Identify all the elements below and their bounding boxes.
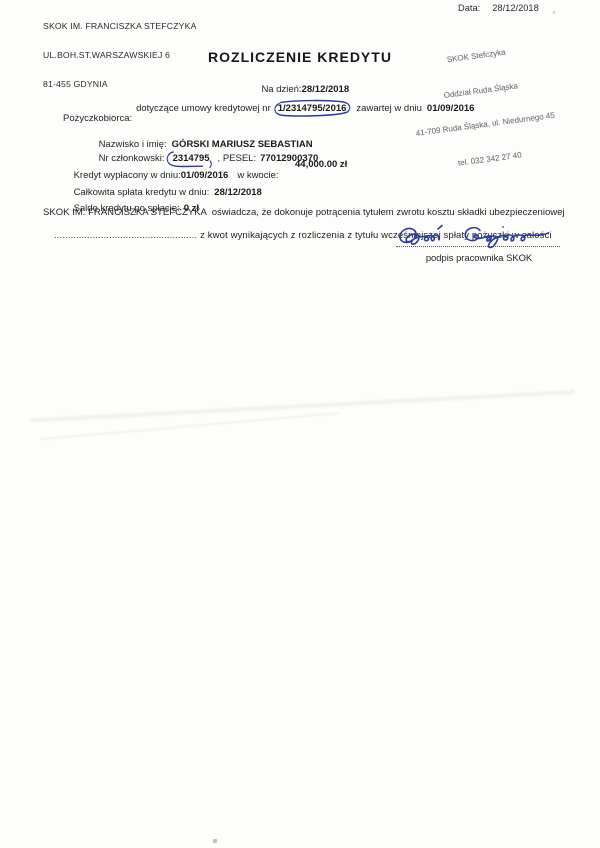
date-label: Data: bbox=[458, 3, 480, 13]
agreement-number-wrap: 1/2314795/2016 bbox=[276, 103, 349, 114]
signature-caption: podpis pracownika SKOK bbox=[396, 252, 562, 263]
agreement-number: 1/2314795/2016 bbox=[278, 103, 347, 114]
declaration-leader-dots: ........................................… bbox=[54, 230, 197, 241]
repaid-date: 28/12/2018 bbox=[214, 187, 262, 198]
declaration-line1: SKOK IM. FRANCISZKA STEFCZYKA oświadcza,… bbox=[43, 207, 565, 218]
scanned-document-page: SKOK IM. FRANCISZKA STEFCZYKA UL.BOH.ST.… bbox=[0, 0, 600, 848]
scan-speck bbox=[553, 11, 555, 14]
scan-speck bbox=[213, 839, 217, 843]
document-date: Data:28/12/2018 bbox=[458, 3, 539, 13]
signature-handwriting bbox=[392, 221, 568, 253]
agreement-date: 01/09/2016 bbox=[427, 103, 475, 114]
agreement-suffix: zawartej w dniu bbox=[356, 103, 421, 114]
agreement-prefix: dotyczące umowy kredytowej nr bbox=[136, 103, 271, 114]
document-title: ROZLICZENIE KREDYTU bbox=[0, 49, 600, 65]
sender-name: SKOK IM. FRANCISZKA STEFCZYKA bbox=[43, 22, 197, 32]
amount-value: 44,000.00 zł bbox=[295, 159, 347, 170]
date-value: 28/12/2018 bbox=[492, 3, 539, 13]
borrower-section-label: Pożyczkobiorca: bbox=[63, 113, 132, 124]
